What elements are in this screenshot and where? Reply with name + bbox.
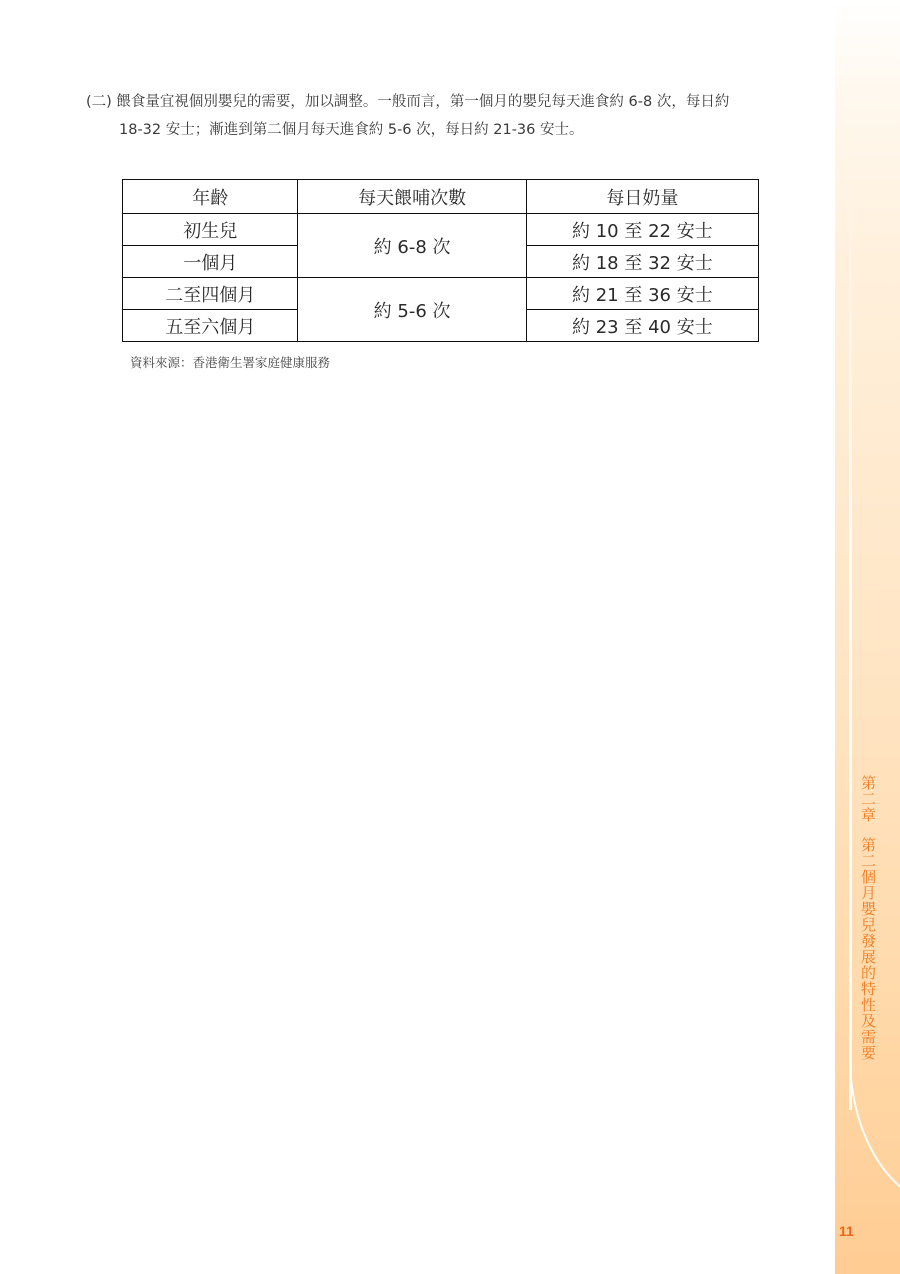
- paragraph-line-1: (二) 餵食量宜視個別嬰兒的需要，加以調整。一般而言，第一個月的嬰兒每天進食約 …: [86, 94, 729, 110]
- feeding-table: 年齡 每天餵哺次數 每日奶量 初生兒 約 6-8 次 約 10 至 22 安士 …: [122, 179, 759, 342]
- cell-age: 五至六個月: [123, 310, 298, 342]
- cell-age: 二至四個月: [123, 278, 298, 310]
- chapter-vertical-title: 第二章第二個月嬰兒發展的特性及需要: [858, 775, 878, 1061]
- chapter-name: 第二個月嬰兒發展的特性及需要: [859, 837, 877, 1061]
- cell-age: 一個月: [123, 246, 298, 278]
- table-row: 二至四個月 約 5-6 次 約 21 至 36 安士: [123, 278, 759, 310]
- cell-amount: 約 21 至 36 安士: [526, 278, 758, 310]
- table-source-note: 資料來源：香港衛生署家庭健康服務: [130, 353, 330, 371]
- chapter-number: 第二章: [859, 775, 877, 823]
- document-page: (二) 餵食量宜視個別嬰兒的需要，加以調整。一般而言，第一個月的嬰兒每天進食約 …: [0, 0, 900, 1274]
- cell-amount: 約 10 至 22 安士: [526, 214, 758, 246]
- chapter-side-strip: [835, 0, 900, 1274]
- table-header-row: 年齡 每天餵哺次數 每日奶量: [123, 180, 759, 214]
- cell-frequency: 約 5-6 次: [298, 278, 526, 342]
- page-number: 11: [839, 1223, 854, 1239]
- cell-amount: 約 18 至 32 安士: [526, 246, 758, 278]
- paragraph-line-2: 18-32 安士；漸進到第二個月每天進食約 5-6 次，每日約 21-36 安士…: [86, 116, 826, 144]
- header-age: 年齡: [123, 180, 298, 214]
- decorative-curve: [849, 1040, 900, 1207]
- table-row: 初生兒 約 6-8 次 約 10 至 22 安士: [123, 214, 759, 246]
- cell-frequency: 約 6-8 次: [298, 214, 526, 278]
- cell-age: 初生兒: [123, 214, 298, 246]
- header-frequency: 每天餵哺次數: [298, 180, 526, 214]
- cell-amount: 約 23 至 40 安士: [526, 310, 758, 342]
- feeding-paragraph: (二) 餵食量宜視個別嬰兒的需要，加以調整。一般而言，第一個月的嬰兒每天進食約 …: [86, 88, 826, 144]
- decorative-line: [849, 150, 852, 1110]
- header-amount: 每日奶量: [526, 180, 758, 214]
